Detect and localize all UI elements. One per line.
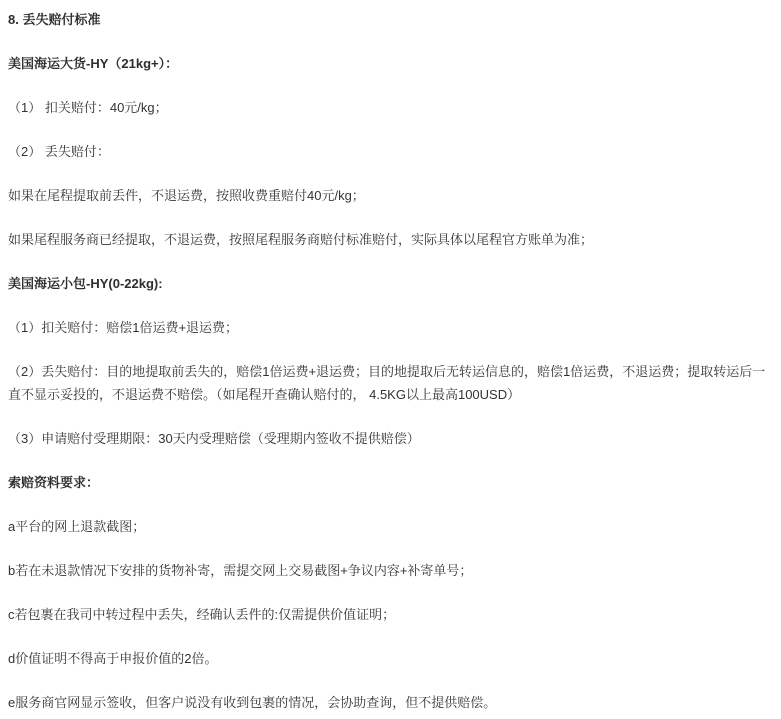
para-customs-detention-compensation: （1） 扣关赔付：40元/kg；	[8, 96, 771, 119]
para-claim-item-a: a平台的网上退款截图；	[8, 515, 771, 538]
section-title-us-sea-small-packet: 美国海运小包-HY(0-22kg):	[8, 272, 771, 295]
para-claim-deadline: （3）申请赔付受理期限：30天内受理赔偿（受理期内签收不提供赔偿）	[8, 427, 771, 450]
para-loss-compensation-label: （2） 丢失赔付：	[8, 140, 771, 163]
para-small-packet-customs-compensation: （1）扣关赔付：赔偿1倍运费+退运费；	[8, 316, 771, 339]
compensation-standards-document: 8. 丢失赔付标准 美国海运大货-HY（21kg+）： （1） 扣关赔付：40元…	[8, 8, 771, 714]
para-loss-before-pickup: 如果在尾程提取前丢件，不退运费，按照收费重赔付40元/kg；	[8, 184, 771, 207]
para-loss-after-pickup: 如果尾程服务商已经提取，不退运费，按照尾程服务商赔付标准赔付，实际具体以尾程官方…	[8, 228, 771, 251]
para-claim-item-c: c若包裹在我司中转过程中丢失，经确认丢件的:仅需提供价值证明；	[8, 603, 771, 626]
page-title: 8. 丢失赔付标准	[8, 8, 771, 31]
para-small-packet-loss-compensation: （2）丢失赔付：目的地提取前丢失的，赔偿1倍运费+退运费；目的地提取后无转运信息…	[8, 360, 771, 406]
para-claim-item-e: e服务商官网显示签收，但客户说没有收到包裹的情况，会协助查询，但不提供赔偿。	[8, 691, 771, 714]
section-title-us-sea-bulk: 美国海运大货-HY（21kg+）：	[8, 52, 771, 75]
section-title-claim-materials: 索赔资料要求：	[8, 471, 771, 494]
para-claim-item-b: b若在未退款情况下安排的货物补寄，需提交网上交易截图+争议内容+补寄单号；	[8, 559, 771, 582]
para-claim-item-d: d价值证明不得高于申报价值的2倍。	[8, 647, 771, 670]
